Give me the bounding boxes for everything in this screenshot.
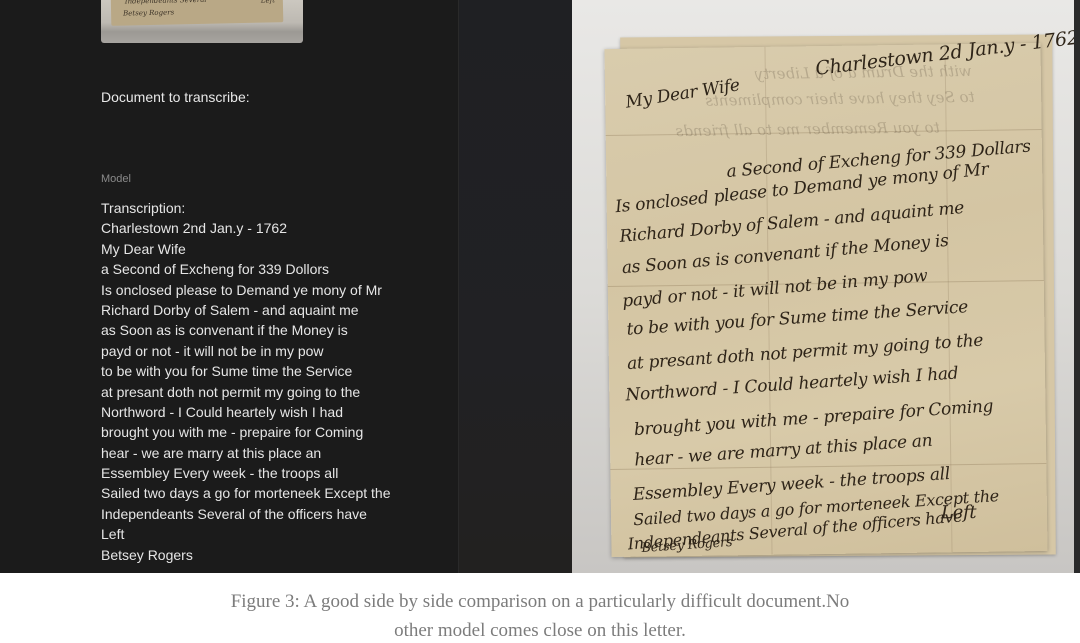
- document-thumbnail[interactable]: Independeants Several Left Betsey Rogers: [101, 0, 303, 43]
- transcription-line: Northword - I Could heartely wish I had: [101, 402, 441, 422]
- letter-line: brought you with me - prepaire for Comin…: [633, 396, 993, 440]
- transcription-line: a Second of Excheng for 339 Dollors: [101, 259, 441, 279]
- transcription-line: Transcription:: [101, 198, 441, 218]
- bleed-through-text: to Sey they have their compliments: [705, 88, 975, 110]
- transcription-line: Left: [101, 524, 441, 544]
- letter-photo: with the Drum a of a Liberty to Sey they…: [572, 0, 1080, 573]
- caption-line: Figure 3: A good side by side comparison…: [0, 587, 1080, 616]
- transcription-output: Transcription: Charlestown 2nd Jan.y - 1…: [101, 198, 441, 565]
- transcription-line: hear - we are marry at this place an: [101, 443, 441, 463]
- thumbnail-script-line: Independeants Several: [125, 0, 207, 6]
- model-role-label: Model: [101, 173, 131, 185]
- transcription-line: brought you with me - prepaire for Comin…: [101, 422, 441, 442]
- thumbnail-signature: Betsey Rogers: [123, 8, 174, 17]
- transcription-line: Essembley Every week - the troops all: [101, 463, 441, 483]
- panel-gutter: [458, 0, 573, 573]
- transcription-line: Betsey Rogers: [101, 545, 441, 565]
- thumbnail-paper: Independeants Several Left Betsey Rogers: [111, 0, 284, 26]
- transcription-line: Sailed two days a go for morteneek Excep…: [101, 483, 441, 503]
- transcription-line: payd or not - it will not be in my pow: [101, 341, 441, 361]
- thumbnail-left-word: Left: [261, 0, 275, 5]
- letter-sheet: with the Drum a of a Liberty to Sey they…: [604, 43, 1047, 557]
- transcription-line: Is onclosed please to Demand ye mony of …: [101, 280, 441, 300]
- transcription-line: as Soon as is convenant if the Money is: [101, 320, 441, 340]
- figure-caption: Figure 3: A good side by side comparison…: [0, 587, 1080, 643]
- letter-line: Left: [941, 502, 977, 523]
- transcription-line: to be with you for Sume time the Service: [101, 361, 441, 381]
- transcription-line: at presant doth not permit my going to t…: [101, 382, 441, 402]
- transcription-line: Richard Dorby of Salem - and aquaint me: [101, 300, 441, 320]
- transcription-line: My Dear Wife: [101, 239, 441, 259]
- caption-line: other model comes close on this letter.: [0, 616, 1080, 643]
- bleed-through-text: to you Remember me to all friends: [676, 118, 940, 140]
- chat-panel: Independeants Several Left Betsey Rogers…: [0, 0, 458, 573]
- figure-screenshot: Independeants Several Left Betsey Rogers…: [0, 0, 1080, 573]
- transcription-line: Charlestown 2nd Jan.y - 1762: [101, 218, 441, 238]
- photo-edge: [1074, 0, 1080, 573]
- transcription-line: Independeants Several of the officers ha…: [101, 504, 441, 524]
- document-to-transcribe-label: Document to transcribe:: [101, 89, 250, 105]
